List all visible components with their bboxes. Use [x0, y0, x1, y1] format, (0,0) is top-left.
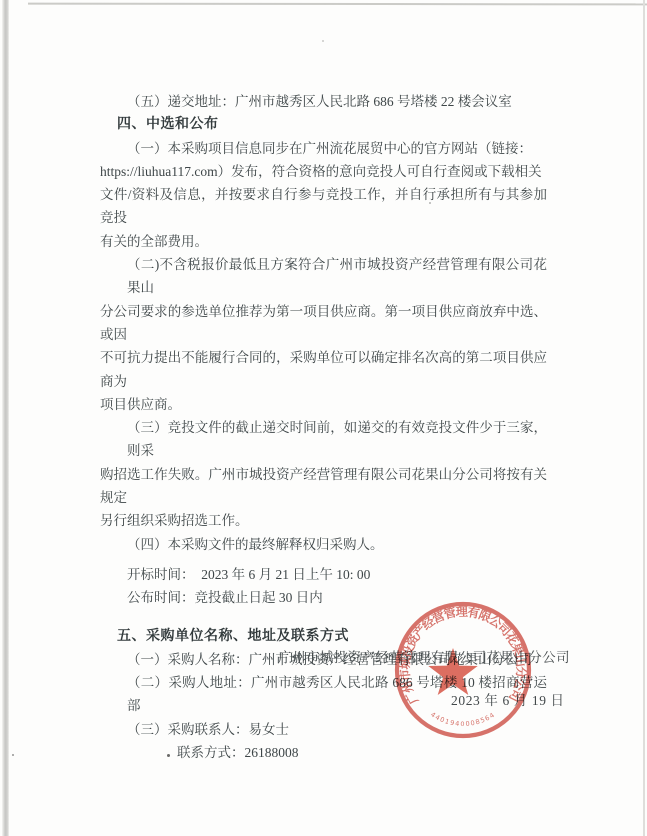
scan-speck [12, 754, 14, 756]
text-line: （五）递交地址：广州市越秀区人民北路 686 号塔楼 22 楼会议室 [100, 90, 547, 113]
text-line: （一）本采购项目信息同步在广州流花展贸中心的官方网站（链接： [100, 137, 547, 160]
scan-edge-right-line [643, 0, 645, 836]
text-line: 四、中选和公布 [100, 113, 547, 136]
seal-serial-number: 4401940008564 [429, 711, 497, 729]
text-line: 有关的全部费用。 [100, 230, 547, 253]
text-line: https://liuhua117.com）发布，符合资格的意向竞投人可自行查阅… [100, 160, 547, 183]
text-line: 不可抗力提出不能履行合同的，采购单位可以确定排名次高的第二项目供应商为 [100, 346, 547, 393]
seal-ring-text: 广州市城投资产经营管理有限公司花果山分公司 [397, 604, 529, 707]
svg-text:广州市城投资产经营管理有限公司花果山分公司: 广州市城投资产经营管理有限公司花果山分公司 [397, 604, 529, 707]
stamp-star-icon [428, 648, 477, 695]
scanned-document-page: （五）递交地址：广州市越秀区人民北路 686 号塔楼 22 楼会议室四、中选和公… [0, 0, 647, 836]
text-line: 文件/资料及信息，并按要求自行参与竞投工作，并自行承担所有与其参加竞投 [100, 183, 547, 230]
svg-text:4401940008564: 4401940008564 [429, 711, 497, 729]
text-line: 购招选工作失败。广州市城投资产经营管理有限公司花果山分公司将按有关规定 [100, 463, 547, 510]
text-line: （二)不含税报价最低且方案符合广州市城投资产经营管理有限公司花果山 [100, 253, 547, 300]
text-line: （四）本采购文件的最终解释权归采购人。 [100, 533, 547, 556]
text-line: 开标时间： 2023 年 6 月 21 日上午 10: 00 [100, 563, 547, 586]
scan-edge-top-line [28, 3, 647, 6]
text-line: 分公司要求的参选单位推荐为第一项目供应商。第一项目供应商放弃中选、或因 [100, 300, 547, 347]
scan-speck [322, 40, 324, 42]
text-line: 项目供应商。 [100, 393, 547, 416]
scan-edge-left [2, 0, 9, 836]
company-seal: 广州市城投资产经营管理有限公司花果山分公司 4401940008564 [389, 598, 537, 746]
text-line: （三）竞投文件的截止递交时间前，如递交的有效竞投文件少于三家，则采 [100, 416, 547, 463]
text-line: 另行组织采购招选工作。 [100, 509, 547, 532]
